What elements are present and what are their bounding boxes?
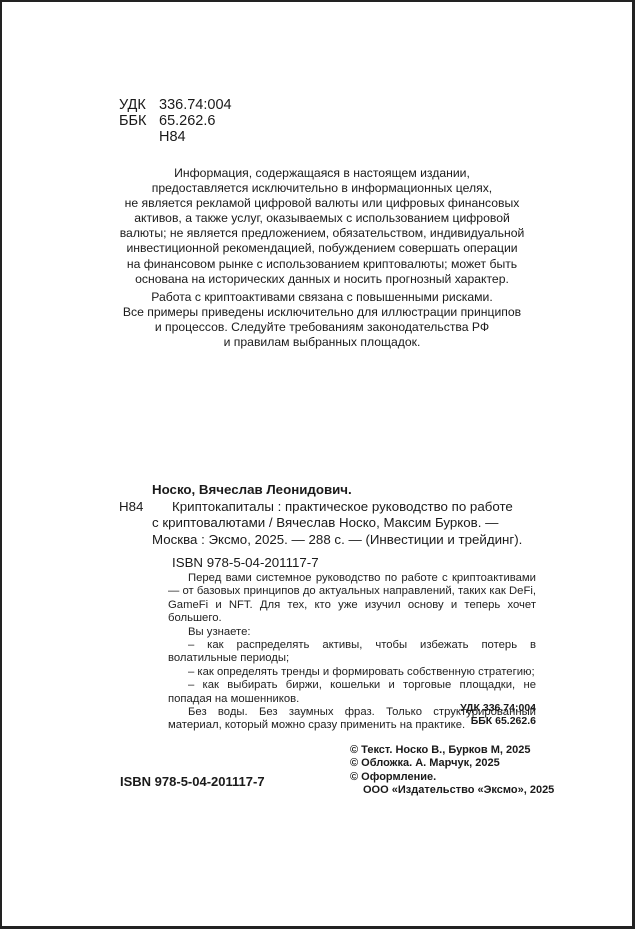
risk-notice-block: Работа с криптоактивами связана с повыше… (102, 290, 542, 350)
card-entry-line: Москва : Эксмо, 2025. — 288 с. — (Инвест… (152, 532, 539, 549)
author-mark: Н84 (159, 129, 186, 145)
annotation-paragraph: Перед вами системное руководство по рабо… (168, 572, 536, 626)
card-entry-line: Криптокапиталы : практическое руководств… (152, 499, 539, 516)
annotation-udk: УДК 336.74:004 (402, 702, 536, 715)
disclaimer-line: на финансовом рынке с использованием кри… (102, 257, 542, 272)
card-author: Носко, Вячеслав Леонидович. (119, 482, 539, 499)
annotation-bbk: ББК 65.262.6 (402, 715, 536, 728)
risk-line: и правилам выбранных площадок. (102, 335, 542, 350)
copyright-line: © Текст. Носко В., Бурков М, 2025 (350, 744, 554, 757)
bbk-value: 65.262.6 (159, 113, 215, 129)
bbk-label: ББК (119, 113, 159, 129)
risk-line: Все примеры приведены исключительно для … (102, 305, 542, 320)
disclaimer-line: активов, а также услуг, оказываемых с ис… (102, 211, 542, 226)
copyright-line: © Оформление. (350, 771, 554, 784)
annotation-paragraph: – как распределять активы, чтобы избежат… (168, 639, 536, 666)
copyright-line: © Обложка. А. Марчук, 2025 (350, 757, 554, 770)
card-code: Н84 (119, 499, 143, 516)
udk-value: 336.74:004 (159, 97, 232, 113)
book-imprint-page: УДК336.74:004 ББК65.262.6 Н84 Информация… (0, 0, 635, 929)
isbn-bottom: ISBN 978-5-04-201117-7 (120, 774, 265, 789)
annotation-paragraph: Вы узнаете: (168, 626, 536, 639)
risk-line: Работа с криптоактивами связана с повыше… (102, 290, 542, 305)
copyright-publisher: ООО «Издательство «Эксмо», 2025 (350, 784, 554, 797)
card-entry-line: с криптовалютами / Вячеслав Носко, Макси… (152, 515, 539, 532)
disclaimer-line: предоставляется исключительно в информац… (102, 181, 542, 196)
disclaimer-block: Информация, содержащаяся в настоящем изд… (102, 166, 542, 287)
disclaimer-line: Информация, содержащаяся в настоящем изд… (102, 166, 542, 181)
annotation-codes: УДК 336.74:004 ББК 65.262.6 (402, 702, 536, 727)
catalog-card: Носко, Вячеслав Леонидович. Н84 Криптока… (119, 482, 539, 572)
classification-codes: УДК336.74:004 ББК65.262.6 Н84 (119, 97, 232, 145)
annotation-paragraph: – как определять тренды и формировать со… (168, 666, 536, 679)
disclaimer-line: валюты; не является предложением, обязат… (102, 226, 542, 241)
disclaimer-line: инвестиционной рекомендацией, побуждение… (102, 241, 542, 256)
disclaimer-line: не является рекламой цифровой валюты или… (102, 196, 542, 211)
udk-label: УДК (119, 97, 159, 113)
card-isbn: ISBN 978-5-04-201117-7 (119, 555, 539, 572)
card-entry: Н84 Криптокапиталы : практическое руково… (119, 499, 539, 549)
risk-line: и процессов. Следуйте требованиям законо… (102, 320, 542, 335)
copyright-block: © Текст. Носко В., Бурков М, 2025 © Обло… (350, 744, 554, 797)
disclaimer-line: основана на исторических данных и носить… (102, 272, 542, 287)
